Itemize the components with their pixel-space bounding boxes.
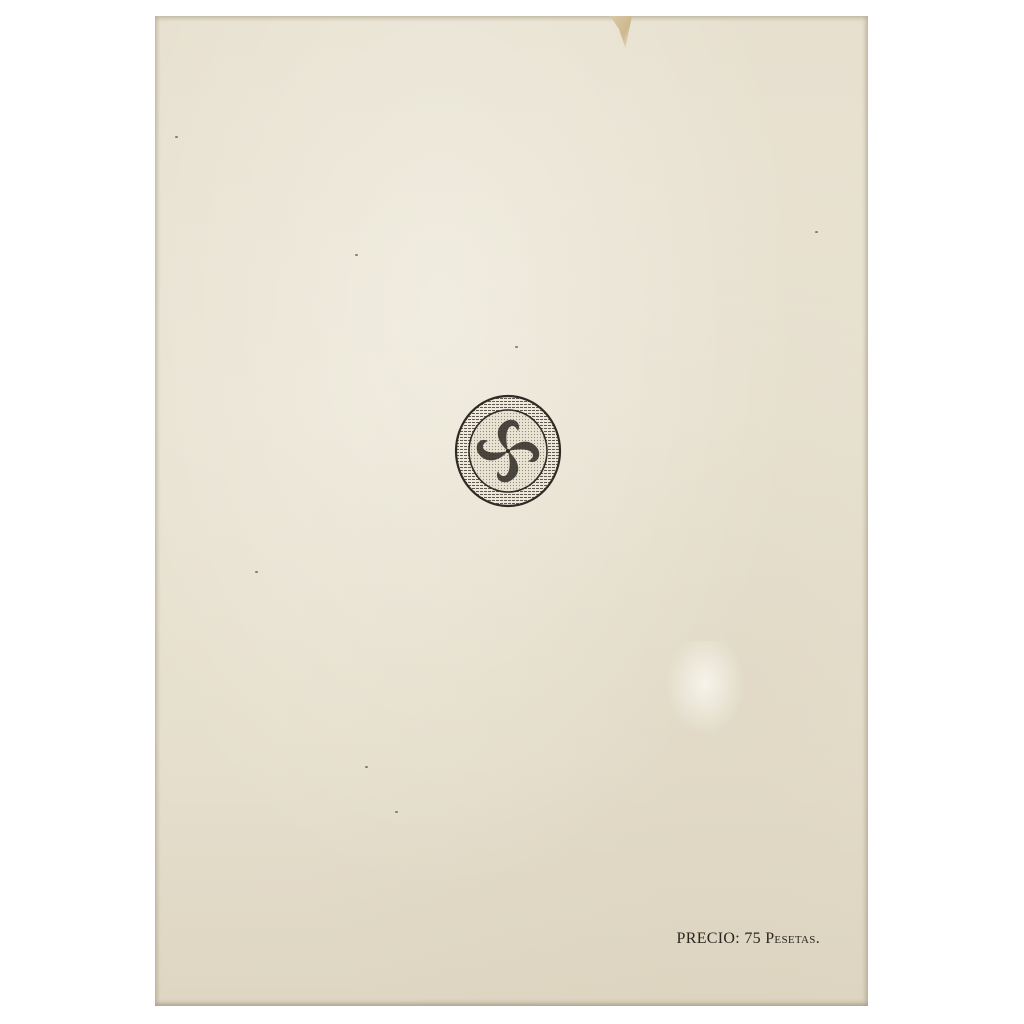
price-currency: Pesetas.	[765, 930, 820, 947]
paper-speck	[175, 136, 178, 138]
back-cover: PRECIO: 75 Pesetas.	[155, 16, 868, 1006]
paper-speck	[365, 766, 368, 768]
paper-speck	[515, 346, 518, 348]
lauburu-emblem-icon	[452, 391, 564, 511]
paper-speck	[255, 571, 258, 573]
price-amount: 75	[744, 930, 761, 947]
paper-speck	[395, 811, 398, 813]
cover-scuff-mark	[665, 641, 745, 736]
page-background: PRECIO: 75 Pesetas.	[0, 0, 1024, 1024]
paper-speck	[355, 254, 358, 256]
price-prefix: PRECIO:	[677, 930, 740, 947]
paper-speck	[815, 231, 818, 233]
cover-top-edge	[155, 16, 868, 22]
price-label: PRECIO: 75 Pesetas.	[677, 930, 820, 948]
